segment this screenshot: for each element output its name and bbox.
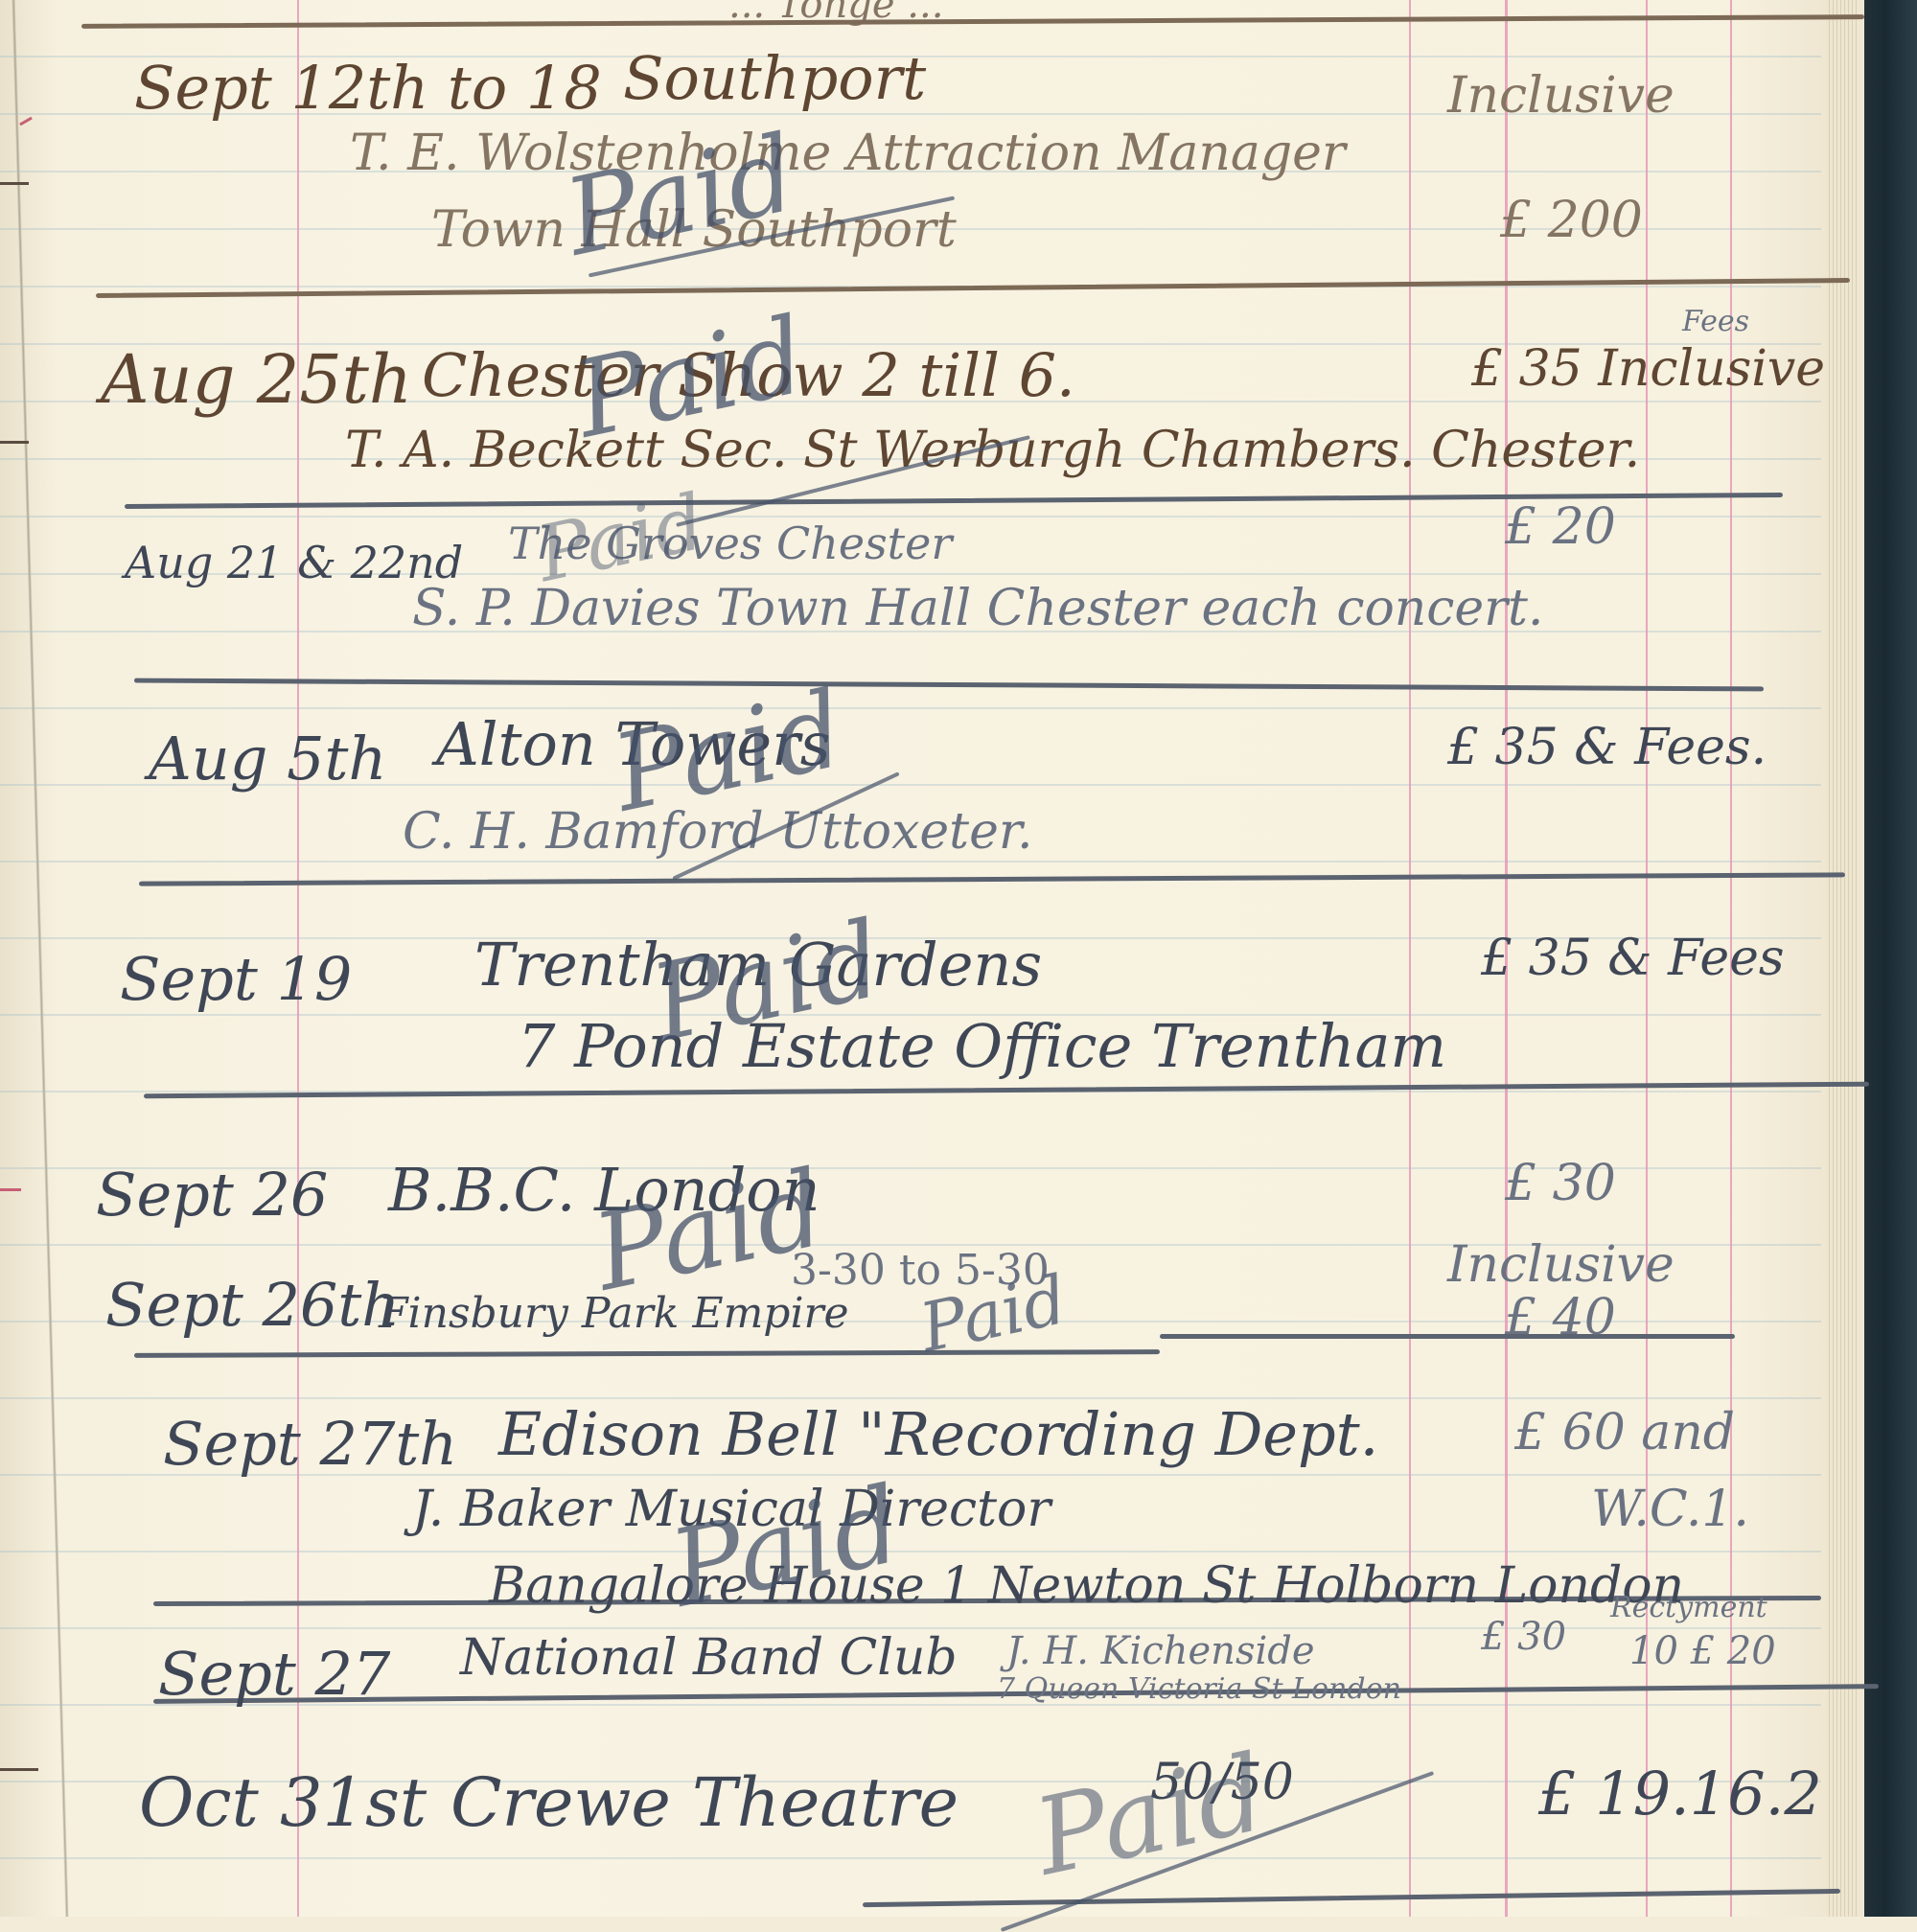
- entry-fee-secondary: 10 £ 20: [1629, 1629, 1776, 1673]
- entry-date: Sept 27th: [163, 1409, 457, 1479]
- facing-page-mark: [0, 1188, 21, 1191]
- entry-fee-note: Rectyment: [1610, 1591, 1767, 1624]
- ruled-line: [0, 1857, 1821, 1859]
- facing-page-mark: [19, 117, 33, 126]
- ruled-line: [0, 861, 1821, 862]
- page-stack-edge: [1826, 0, 1859, 1917]
- margin-line-fee-left: [1409, 0, 1411, 1917]
- entry-fee: £ 35 & Fees.: [1447, 719, 1767, 776]
- entry-fee: £ 20: [1505, 498, 1616, 556]
- entry-separator: [139, 872, 1845, 885]
- facing-page-mark: [0, 1768, 38, 1771]
- entry-venue: Southport: [623, 43, 926, 113]
- entry-date: Aug 5th: [149, 724, 386, 793]
- entry-fee-postcode: W.C.1.: [1591, 1481, 1749, 1538]
- ruled-line: [0, 1551, 1821, 1552]
- entry-separator: [81, 14, 1864, 29]
- entry-venue: Crewe Theatre: [450, 1763, 958, 1842]
- entry-fee: £ 30: [1481, 1615, 1566, 1659]
- entry-address: Bangalore House 1 Newton St Holborn Lond…: [489, 1557, 1684, 1615]
- entry-address: 7 Queen Victoria St London: [997, 1672, 1401, 1706]
- entry-separator: [134, 678, 1764, 692]
- entry-date: Sept 12th to 18: [134, 53, 602, 123]
- entry-venue: Edison Bell "Recording Dept.: [498, 1399, 1378, 1469]
- facing-page-mark: [0, 182, 29, 185]
- entry-date: Oct 31st: [139, 1763, 427, 1842]
- entry-date: Aug 25th: [101, 340, 412, 419]
- ruled-line: [0, 707, 1821, 709]
- entry-contact: T. A. Beckett Sec. St Werburgh Chambers.…: [345, 422, 1640, 479]
- entry-date: Sept 26: [96, 1160, 328, 1230]
- entry-separator: [96, 278, 1850, 298]
- entry-fee: £ 30: [1505, 1155, 1616, 1212]
- ledger-page: ... Tonge ... Sept 12th to 18 Southport …: [0, 0, 1917, 1917]
- entry-fee: £ 60 and: [1514, 1404, 1735, 1461]
- entry-fee: £ 19.16.2: [1538, 1759, 1822, 1828]
- entry-date: Sept 26th: [105, 1270, 400, 1340]
- entry-fee-note: Fees: [1682, 305, 1749, 338]
- entry-date: Sept 27: [158, 1639, 390, 1709]
- entry-fee: £ 40: [1505, 1289, 1616, 1346]
- page-fold: [12, 0, 69, 1917]
- entry-venue: National Band Club: [460, 1629, 958, 1687]
- entry-contact: T. E. Wolstenholme Attraction Manager: [350, 125, 1346, 182]
- entry-fee-terms: Inclusive: [1447, 67, 1674, 125]
- entry-fee: £ 35 & Fees: [1481, 930, 1785, 987]
- entry-separator: [1160, 1334, 1735, 1339]
- entry-separator: [863, 1889, 1840, 1907]
- facing-page-mark: [0, 441, 29, 444]
- book-binding: [1864, 0, 1917, 1917]
- entry-venue: Finsbury Park Empire: [379, 1289, 849, 1338]
- entry-date: Sept 19: [120, 944, 352, 1014]
- entry-fee-amount: £ 200: [1500, 192, 1643, 249]
- entry-contact: J. H. Kichenside: [1006, 1629, 1315, 1673]
- entry-fee: £ 35 Inclusive: [1471, 340, 1825, 398]
- entry-fee-terms: Inclusive: [1447, 1236, 1674, 1294]
